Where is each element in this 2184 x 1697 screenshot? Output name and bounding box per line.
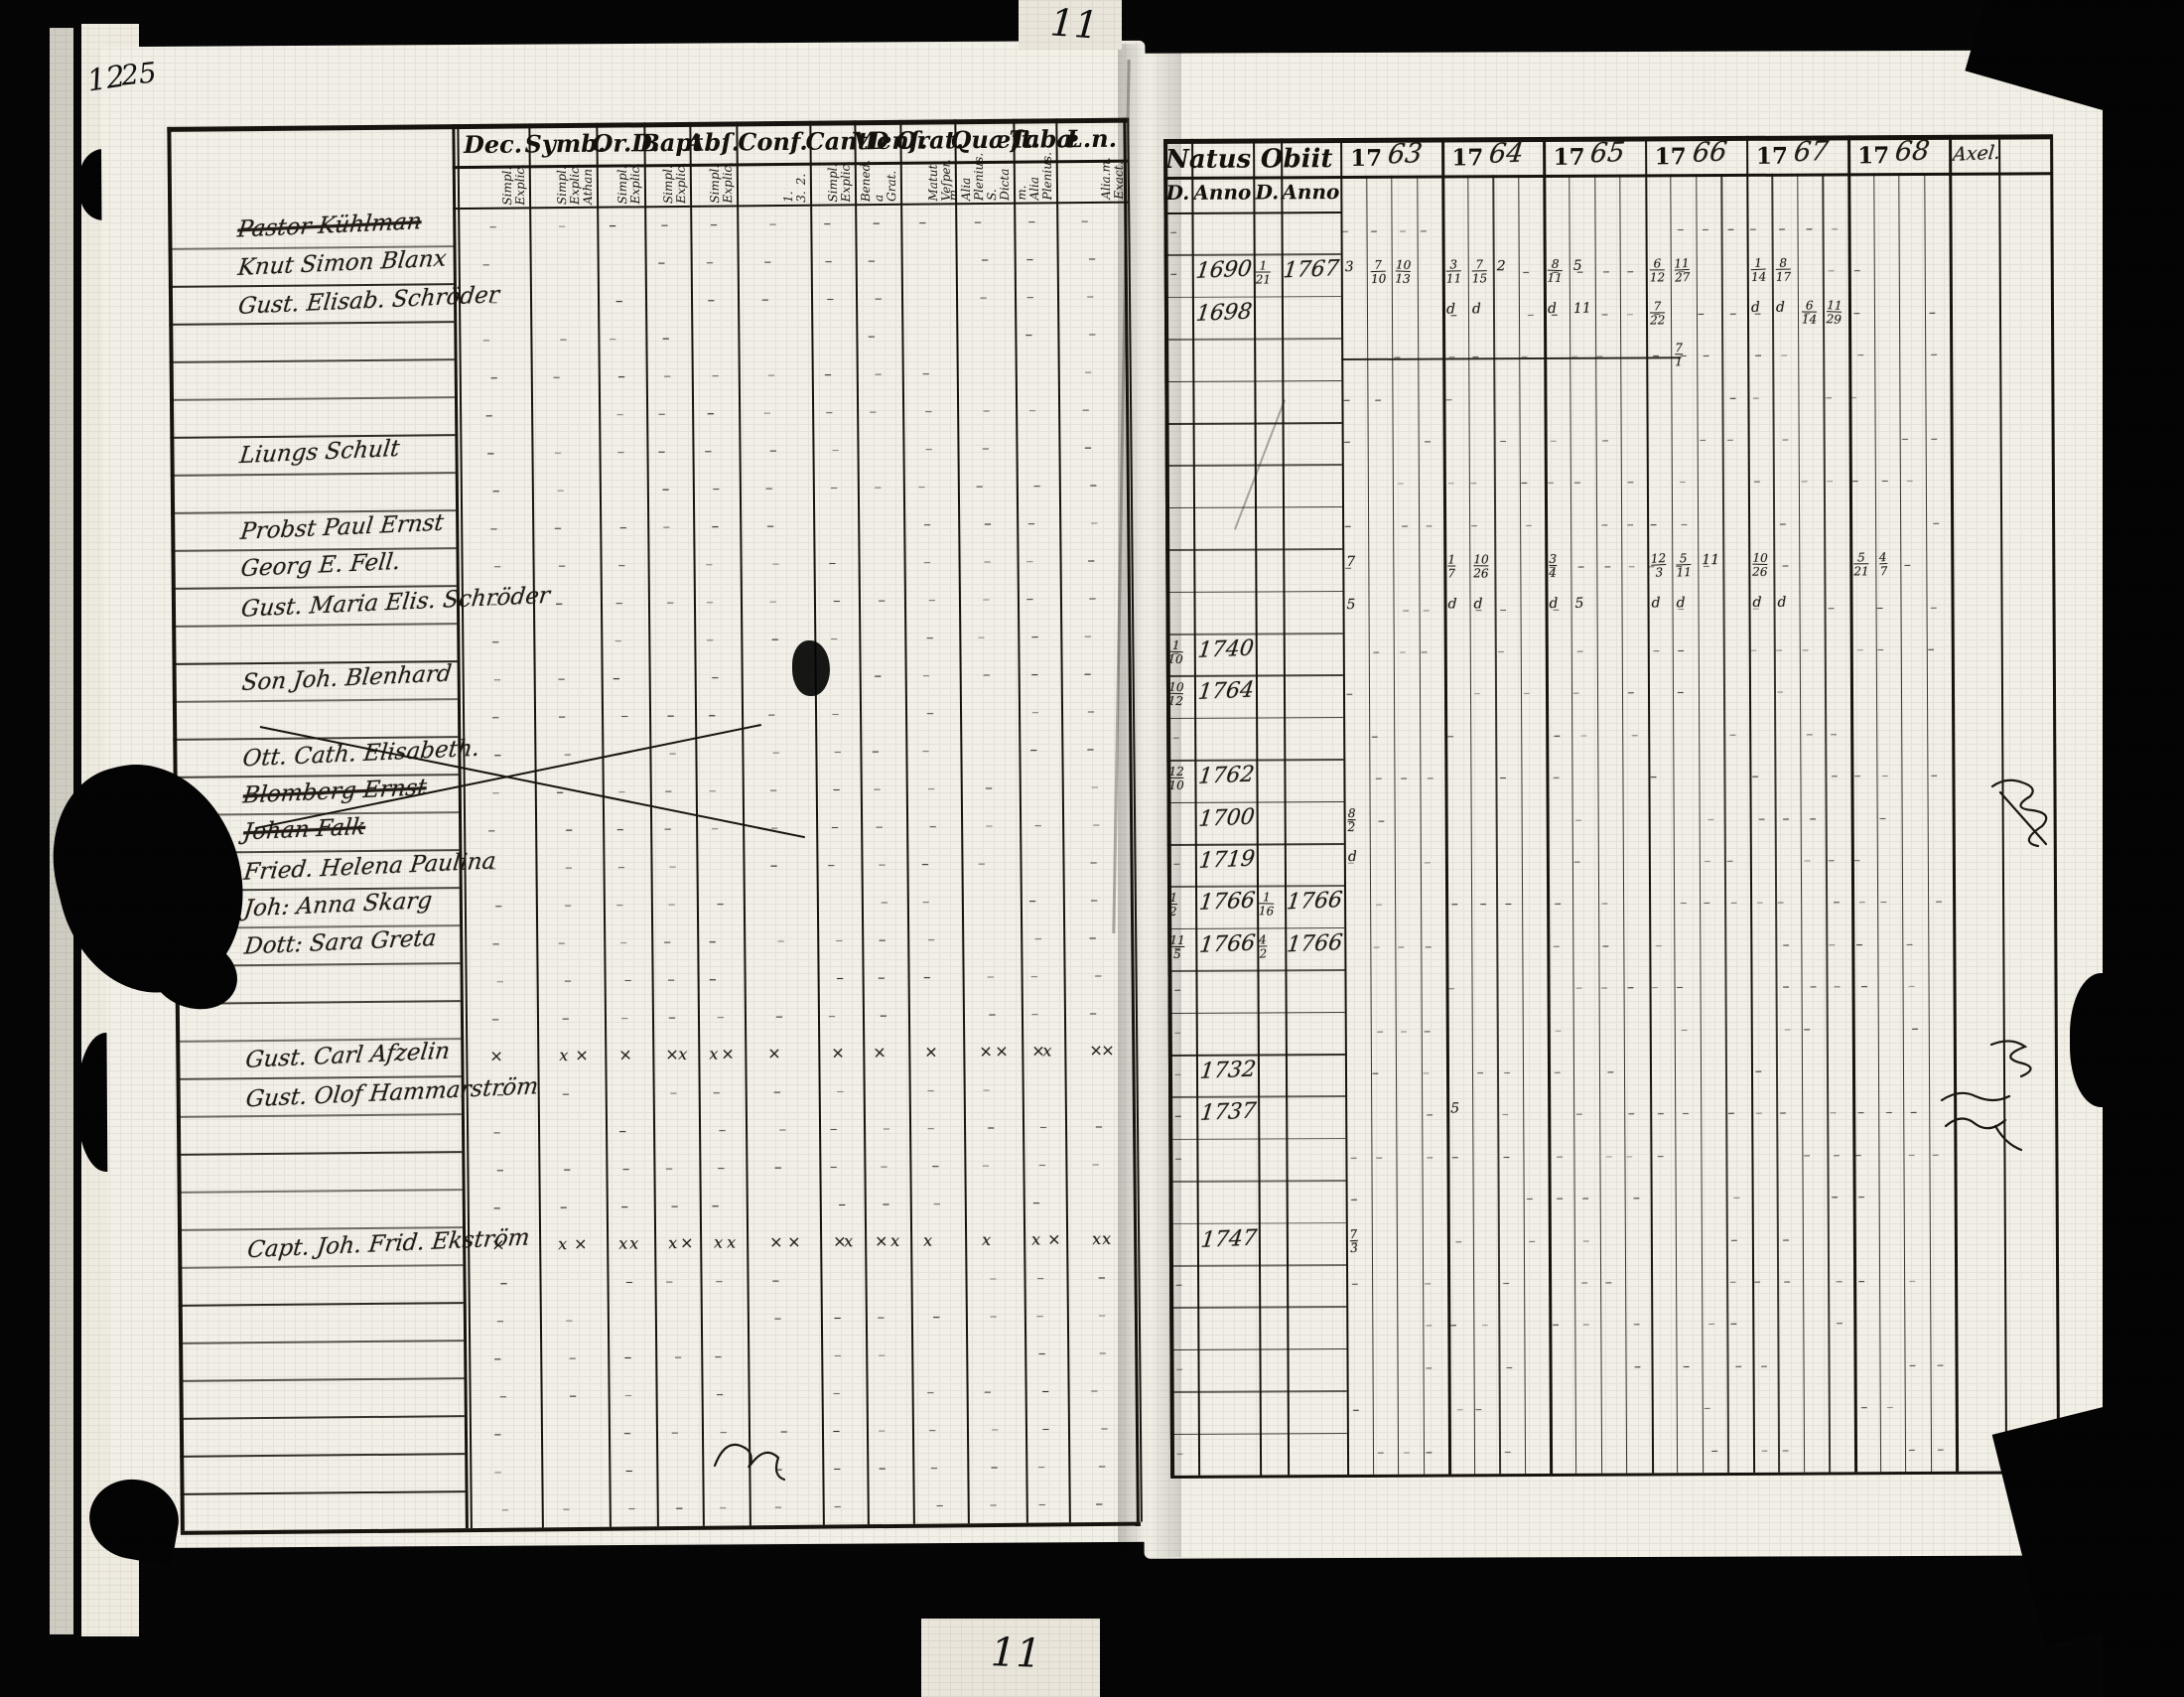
film-frame-number-top: 11 xyxy=(1049,0,1100,47)
dash-mark: – xyxy=(1373,939,1380,955)
dash-mark: – xyxy=(1650,770,1657,785)
column-subheader: Explic. Simpl. xyxy=(692,165,735,203)
dash-mark: – xyxy=(1529,1233,1536,1249)
dash-mark: – xyxy=(1655,937,1662,953)
communion-date-mark: 2 xyxy=(1497,259,1506,275)
grid-line-horizontal xyxy=(180,1415,465,1419)
dash-mark: – xyxy=(928,591,936,609)
year-header-printed: 17 xyxy=(1651,143,1691,170)
column-header: L.n. xyxy=(1051,124,1131,154)
communion-date-mark: d xyxy=(1778,594,1787,610)
dash-mark: – xyxy=(1098,1457,1106,1475)
communion-date-mark: d xyxy=(1473,596,1482,612)
dash-mark: – xyxy=(717,1159,725,1177)
dash-mark: – xyxy=(836,968,844,986)
dash-mark: – xyxy=(624,1347,632,1365)
grid-line-horizontal xyxy=(1165,464,1342,467)
dash-mark: – xyxy=(1753,474,1760,490)
dash-mark: – xyxy=(1727,1105,1734,1121)
x-mark: x xyxy=(668,1233,678,1252)
dash-mark: – xyxy=(1450,1318,1457,1334)
dash-mark: – xyxy=(982,439,990,457)
grid-line-horizontal xyxy=(1169,1348,1346,1351)
dash-mark: – xyxy=(1700,432,1706,448)
dash-mark: – xyxy=(1633,1191,1640,1206)
dash-mark: – xyxy=(1853,305,1860,321)
dash-mark: – xyxy=(617,367,625,385)
dash-mark: – xyxy=(834,1308,842,1326)
dash-mark: – xyxy=(1760,1358,1767,1374)
dash-mark: – xyxy=(1627,516,1634,532)
dash-mark: – xyxy=(1041,1381,1049,1399)
dash-mark: – xyxy=(989,1005,997,1023)
natus-year-value: 1732 xyxy=(1199,1057,1258,1083)
dash-mark: – xyxy=(1089,928,1097,946)
dash-mark: – xyxy=(1702,221,1708,237)
dash-mark: – xyxy=(1084,627,1092,644)
grid-line-horizontal xyxy=(179,1377,464,1381)
dash-mark: – xyxy=(615,594,623,612)
x-mark: x xyxy=(558,1234,567,1253)
dash-mark: – xyxy=(1553,1317,1560,1333)
dash-mark: – xyxy=(879,1459,887,1477)
dash-mark: – xyxy=(558,669,566,687)
dash-mark: – xyxy=(829,553,837,571)
dash-mark: – xyxy=(1908,978,1915,994)
dash-mark: – xyxy=(1480,897,1487,913)
dash-mark: – xyxy=(873,213,881,231)
communion-date-mark: 5 xyxy=(1574,595,1584,611)
dash-mark: – xyxy=(878,591,886,609)
dash-mark: – xyxy=(1451,897,1458,913)
dash-mark: – xyxy=(1036,1307,1044,1325)
dash-mark: – xyxy=(974,212,982,230)
dash-mark: – xyxy=(1677,685,1684,701)
dash-mark: – xyxy=(775,1007,783,1025)
x-mark: × xyxy=(489,1047,503,1065)
dash-mark: – xyxy=(769,441,777,459)
dash-mark: – xyxy=(1346,686,1353,702)
grid-line-vertical xyxy=(1721,174,1729,1473)
dash-mark: – xyxy=(1352,1402,1359,1418)
dash-mark: – xyxy=(1826,389,1833,405)
grid-line-vertical xyxy=(1493,175,1501,1474)
dash-mark: – xyxy=(666,593,674,611)
dash-mark: – xyxy=(712,480,720,497)
obiit-day-value: 121 xyxy=(1256,260,1271,286)
dash-mark: – xyxy=(1908,1147,1915,1163)
dash-mark: – xyxy=(620,1198,628,1215)
dash-mark: – xyxy=(619,933,627,951)
dash-mark: – xyxy=(669,744,677,762)
dash-mark: – xyxy=(1573,854,1580,870)
dash-mark: – xyxy=(769,780,777,798)
x-mark: × xyxy=(618,1045,632,1064)
dash-mark: – xyxy=(1730,895,1737,911)
dash-mark: – xyxy=(1173,856,1180,872)
communion-date-mark: 1127 xyxy=(1674,257,1691,284)
dash-mark: – xyxy=(1858,895,1865,911)
dash-mark: – xyxy=(1504,1064,1511,1080)
register-name: Son Joh. Blenhard xyxy=(240,660,453,696)
dash-mark: – xyxy=(1091,1381,1099,1399)
grid-line-horizontal xyxy=(1169,1180,1346,1183)
dash-mark: – xyxy=(868,251,876,269)
dash-mark: – xyxy=(1761,1442,1768,1458)
x-mark: x xyxy=(923,1231,932,1250)
dash-mark: – xyxy=(1039,1117,1047,1135)
dash-mark: – xyxy=(1930,600,1937,616)
dash-mark: – xyxy=(719,1498,727,1516)
dash-mark: – xyxy=(878,1345,886,1363)
grid-line-horizontal xyxy=(170,396,455,400)
dash-mark: – xyxy=(984,1382,992,1400)
dash-mark: – xyxy=(1456,1402,1463,1418)
dash-mark: – xyxy=(1574,811,1581,827)
column-header: Dec. xyxy=(453,129,532,159)
d-subheader: D. xyxy=(1253,180,1281,204)
dash-mark: – xyxy=(1098,1306,1106,1324)
communion-date-mark: 1129 xyxy=(1827,299,1843,326)
x-mark: × xyxy=(769,1232,782,1251)
dash-mark: – xyxy=(1506,1359,1513,1375)
dash-mark: – xyxy=(668,895,676,913)
dash-mark: – xyxy=(616,820,624,838)
x-mark: × xyxy=(491,1235,505,1254)
x-mark: x xyxy=(1042,1041,1051,1060)
dash-mark: – xyxy=(1860,1399,1867,1415)
dash-mark: – xyxy=(1553,770,1560,785)
dash-mark: – xyxy=(827,289,835,307)
dash-mark: – xyxy=(1553,938,1560,954)
dash-mark: – xyxy=(868,327,876,345)
x-mark: x xyxy=(727,1232,736,1251)
communion-date-mark: 521 xyxy=(1853,551,1868,577)
dash-mark: – xyxy=(1830,726,1837,742)
dash-mark: – xyxy=(927,1081,935,1099)
x-mark: x xyxy=(618,1233,628,1252)
dash-mark: – xyxy=(833,1459,841,1477)
column-subheader: Grat. a Bened. xyxy=(857,164,898,202)
communion-date-mark: 710 xyxy=(1370,259,1386,286)
dash-mark: – xyxy=(665,1272,673,1290)
dash-mark: – xyxy=(709,970,717,988)
grid-line-horizontal xyxy=(1166,717,1343,720)
dash-mark: – xyxy=(1081,212,1089,229)
dash-mark: – xyxy=(566,1311,574,1329)
dash-mark: – xyxy=(624,1385,632,1403)
communion-date-mark: 82 xyxy=(1347,807,1355,833)
dash-mark: – xyxy=(933,1194,941,1211)
dash-mark: – xyxy=(919,213,927,231)
dash-mark: – xyxy=(1626,306,1633,322)
communion-date-mark: d xyxy=(1472,301,1481,317)
dash-mark: – xyxy=(1581,1275,1588,1291)
dash-mark: – xyxy=(1174,1151,1181,1167)
grid-line-horizontal xyxy=(1168,1138,1345,1141)
dash-mark: – xyxy=(711,668,719,686)
grid-line-vertical xyxy=(1619,175,1627,1474)
dash-mark: – xyxy=(1031,703,1039,721)
grid-line-vertical xyxy=(1823,174,1831,1473)
dash-mark: – xyxy=(1931,768,1938,783)
dash-mark: – xyxy=(1473,686,1480,702)
dash-mark: – xyxy=(620,706,628,724)
dash-mark: – xyxy=(490,293,498,311)
dash-mark: – xyxy=(1830,1105,1837,1121)
dash-mark: – xyxy=(773,1082,781,1100)
dash-mark: – xyxy=(1777,684,1784,700)
dash-mark: – xyxy=(563,1160,571,1178)
dash-mark: – xyxy=(1523,685,1530,701)
grid-line-vertical xyxy=(1518,175,1526,1474)
communion-date-mark: 614 xyxy=(1802,299,1818,325)
dash-mark: – xyxy=(1804,1147,1811,1163)
illegible-scribble xyxy=(1934,1031,2068,1165)
communion-date-mark: 612 xyxy=(1649,258,1664,284)
register-name: Joh: Anna Skarg xyxy=(242,888,433,922)
dash-mark: – xyxy=(717,895,725,913)
column-subheader: Explic. Simpl. xyxy=(599,166,642,204)
x-mark: x xyxy=(890,1231,899,1250)
dash-mark: – xyxy=(1604,559,1611,575)
dash-mark: – xyxy=(1831,769,1838,784)
column-subheader: Explic. Simpl. xyxy=(646,166,688,204)
dash-mark: – xyxy=(1775,642,1782,658)
dash-mark: – xyxy=(1906,936,1913,952)
communion-date-mark: 11 xyxy=(1702,552,1719,568)
dash-mark: – xyxy=(1633,1317,1640,1333)
dash-mark: – xyxy=(1832,1190,1839,1205)
natus-year-value: 1766 xyxy=(1198,889,1257,916)
dash-mark: – xyxy=(1810,979,1817,995)
dash-mark: – xyxy=(1653,642,1660,658)
dash-mark: – xyxy=(876,817,884,835)
dash-mark: – xyxy=(706,593,714,611)
dash-mark: – xyxy=(1084,664,1092,682)
dash-mark: – xyxy=(927,779,935,797)
dash-mark: – xyxy=(1481,1318,1488,1334)
dash-mark: – xyxy=(1650,516,1657,532)
dash-mark: – xyxy=(830,629,838,646)
dash-mark: – xyxy=(1372,1065,1379,1081)
dash-mark: – xyxy=(1092,1155,1100,1173)
dash-mark: – xyxy=(1908,1442,1915,1458)
dash-mark: – xyxy=(1087,551,1095,569)
dash-mark: – xyxy=(767,365,775,383)
dash-mark: – xyxy=(490,595,498,613)
dash-mark: – xyxy=(1375,897,1382,913)
x-mark: x xyxy=(1092,1229,1102,1248)
dash-mark: – xyxy=(771,630,779,647)
dash-mark: – xyxy=(1933,515,1940,531)
dash-mark: – xyxy=(1735,1358,1742,1374)
dash-mark: – xyxy=(774,1497,782,1515)
dash-mark: – xyxy=(560,330,568,348)
communion-date-mark: 715 xyxy=(1471,259,1487,285)
dash-mark: – xyxy=(1421,644,1428,660)
dash-mark: – xyxy=(490,519,498,537)
dash-mark: – xyxy=(923,968,931,986)
dash-mark: – xyxy=(1856,641,1863,657)
x-mark: × xyxy=(575,1046,589,1064)
dash-mark: – xyxy=(1626,1148,1633,1164)
dash-mark: – xyxy=(1174,1108,1181,1124)
dash-mark: – xyxy=(553,367,561,385)
dash-mark: – xyxy=(1089,476,1097,494)
dash-mark: – xyxy=(836,1081,844,1099)
dash-mark: – xyxy=(1424,434,1431,450)
dash-mark: – xyxy=(772,743,780,761)
dash-mark: – xyxy=(874,779,882,797)
register-name: Gust. Elisab. Schröder xyxy=(237,282,501,320)
grid-line-horizontal xyxy=(172,623,457,627)
dash-mark: – xyxy=(492,482,500,499)
grid-line-vertical xyxy=(1441,138,1451,1475)
dash-mark: – xyxy=(1091,778,1099,795)
dash-mark: – xyxy=(617,858,625,876)
dash-mark: – xyxy=(1175,1277,1182,1293)
grid-line-vertical xyxy=(1772,174,1780,1473)
communion-date-mark: 1026 xyxy=(1752,552,1768,578)
dash-mark: – xyxy=(771,1271,779,1289)
dash-mark: – xyxy=(869,402,877,420)
dash-mark: – xyxy=(878,1421,886,1439)
dash-mark: – xyxy=(1885,1105,1892,1121)
dash-mark: – xyxy=(1628,1106,1635,1122)
dash-mark: – xyxy=(1477,1064,1484,1080)
dash-mark: – xyxy=(1755,1063,1762,1079)
dash-mark: – xyxy=(1425,1276,1432,1292)
dash-mark: – xyxy=(763,403,771,421)
grid-line-horizontal xyxy=(1167,843,1344,846)
dash-mark: – xyxy=(1024,326,1032,344)
dash-mark: – xyxy=(1170,224,1177,240)
dash-mark: – xyxy=(1424,1023,1431,1039)
dash-mark: – xyxy=(930,1459,938,1477)
dash-mark: – xyxy=(1527,307,1534,323)
dash-mark: – xyxy=(978,628,986,645)
dash-mark: – xyxy=(922,893,930,911)
communion-date-mark: 511 xyxy=(1676,552,1692,579)
dash-mark: – xyxy=(927,930,935,948)
dash-mark: – xyxy=(875,289,883,307)
dash-mark: – xyxy=(494,1425,502,1443)
dash-mark: – xyxy=(657,253,665,271)
dash-mark: – xyxy=(1427,1107,1433,1123)
dash-mark: – xyxy=(618,1122,626,1140)
natus-year-value: 1764 xyxy=(1197,678,1256,705)
dash-mark: – xyxy=(1601,306,1608,322)
dash-mark: – xyxy=(1806,726,1813,742)
dash-mark: – xyxy=(494,897,502,915)
dash-mark: – xyxy=(1403,602,1410,618)
dash-mark: – xyxy=(1425,938,1432,954)
dash-mark: – xyxy=(936,1495,944,1513)
dash-mark: – xyxy=(665,781,673,799)
dash-mark: – xyxy=(825,402,833,420)
dash-mark: – xyxy=(1858,1273,1865,1289)
dash-mark: – xyxy=(1502,1107,1509,1123)
grid-line-horizontal xyxy=(1164,380,1341,383)
grid-line-horizontal xyxy=(177,1113,462,1117)
dash-mark: – xyxy=(1834,979,1841,995)
dash-mark: – xyxy=(617,443,625,461)
dash-mark: – xyxy=(1729,306,1736,322)
dash-mark: – xyxy=(980,288,988,306)
grid-line-vertical xyxy=(1391,176,1399,1475)
dash-mark: – xyxy=(1777,895,1784,911)
dash-mark: – xyxy=(711,819,719,837)
dash-mark: – xyxy=(1828,600,1835,616)
dash-mark: – xyxy=(1427,1149,1433,1165)
dash-mark: – xyxy=(615,292,623,310)
grid-line-vertical xyxy=(1594,175,1602,1474)
grid-line-vertical xyxy=(1366,176,1374,1475)
dash-mark: – xyxy=(628,1498,636,1516)
column-subheader: Athan. Explic. Simpl. xyxy=(531,167,595,206)
dash-mark: – xyxy=(1030,967,1038,985)
dash-mark: – xyxy=(1550,433,1557,449)
grid-line-vertical xyxy=(1543,137,1553,1474)
dash-mark: – xyxy=(985,778,993,796)
dash-mark: – xyxy=(622,1159,630,1177)
dash-mark: – xyxy=(709,932,717,950)
dash-mark: – xyxy=(1832,220,1839,236)
dash-mark: – xyxy=(1756,895,1763,911)
grid-line-horizontal xyxy=(170,434,455,438)
x-mark: × xyxy=(1101,1041,1115,1060)
grid-line-vertical xyxy=(1746,136,1756,1473)
dash-mark: – xyxy=(671,1423,679,1441)
x-mark: × xyxy=(924,1042,938,1061)
dash-mark: – xyxy=(924,402,932,420)
dash-mark: – xyxy=(778,1120,786,1138)
dash-mark: – xyxy=(1704,1400,1710,1416)
register-name: Dott: Sara Greta xyxy=(243,925,438,960)
dash-mark: – xyxy=(881,1157,888,1175)
x-mark: × xyxy=(767,1044,781,1062)
dash-mark: – xyxy=(562,1009,570,1027)
grid-line-horizontal xyxy=(1165,591,1342,594)
dash-mark: – xyxy=(1503,1149,1510,1165)
dash-mark: – xyxy=(1849,389,1856,405)
dash-mark: – xyxy=(1605,1275,1612,1291)
dash-mark: – xyxy=(875,364,883,382)
left-register-table: Dec.Explic. Simpl.Symb.Athan. Explic. Si… xyxy=(159,82,1150,1452)
dash-mark: – xyxy=(1577,559,1584,575)
register-name: Gust. Olof Hammarström xyxy=(244,1073,539,1112)
dash-mark: – xyxy=(716,1385,724,1403)
communion-date-mark: 5 xyxy=(1450,1101,1459,1117)
dash-mark: – xyxy=(1092,815,1100,833)
dash-mark: – xyxy=(1351,1276,1358,1292)
dash-mark: – xyxy=(1554,728,1561,744)
dash-mark: – xyxy=(1730,1316,1737,1332)
dash-mark: – xyxy=(1880,895,1887,911)
dash-mark: – xyxy=(1749,221,1756,237)
dash-mark: – xyxy=(1028,892,1036,910)
dash-mark: – xyxy=(1809,810,1816,826)
dash-mark: – xyxy=(1095,1117,1103,1135)
dash-mark: – xyxy=(881,893,888,911)
year-header-handwritten: 65 xyxy=(1589,137,1627,170)
dash-mark: – xyxy=(1344,518,1351,534)
dash-mark: – xyxy=(1547,475,1554,491)
dash-mark: – xyxy=(557,481,565,498)
dash-mark: – xyxy=(1028,401,1036,419)
dash-mark: – xyxy=(1755,348,1762,363)
